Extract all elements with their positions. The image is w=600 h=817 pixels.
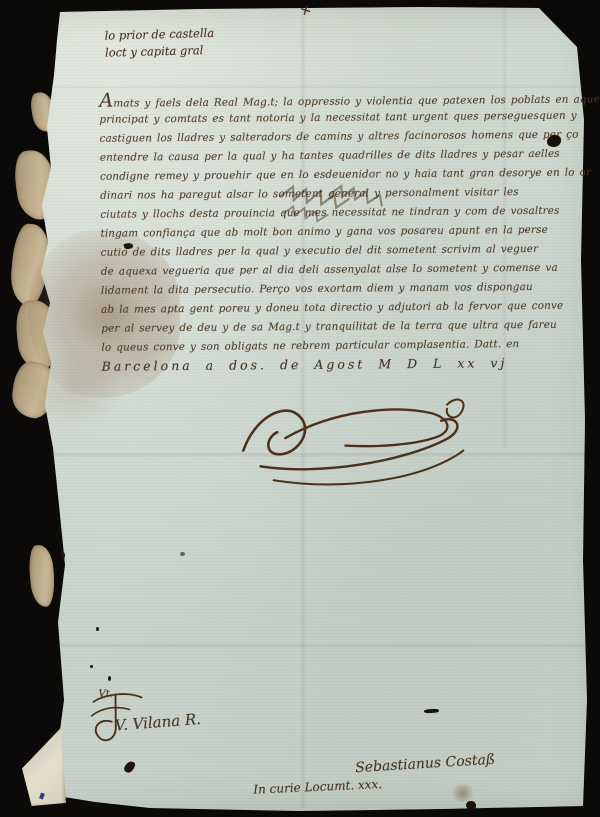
vidit-mark: Vt. — [98, 689, 113, 700]
ink-speck — [108, 676, 111, 681]
scan-backdrop: + lo prior de castella loct y capita gra… — [0, 0, 600, 817]
letter-body-line: cutio de dits lladres per la qual y exec… — [101, 243, 539, 259]
scribe-signature: Sebastianus Costaß — [355, 752, 496, 777]
letter-heading-line-2: loct y capita gral — [105, 42, 215, 62]
letter-body-line: lo queus conve y son obligats ne rebrem … — [101, 338, 519, 354]
letter-body-line: de aquexa vegueria que per al dia deli a… — [101, 262, 558, 278]
ink-blot — [466, 801, 476, 810]
letter-body-line: per al servey de deu y de sa Mag.t y tra… — [101, 319, 557, 335]
letter-body-line: castiguen los lladres y salteradors de c… — [100, 129, 579, 145]
ink-speck — [61, 552, 65, 559]
date-line: Barcelona a dos. de Agost M D L xx vj — [102, 355, 508, 374]
ink-speck — [180, 552, 185, 556]
registry-note: In curie Locumt. xxx. — [253, 777, 382, 797]
letter-body-line: entendre la causa per la qual y ha tante… — [100, 148, 560, 164]
ink-speck — [96, 627, 99, 631]
cross-mark: + — [297, 0, 314, 20]
letter-body-line: ab la mes apta gent poreu y doneu tota d… — [101, 300, 563, 316]
letter-body-line: lidament la dita persecutio. Perço vos e… — [101, 281, 533, 297]
ink-speck — [90, 665, 93, 668]
letter-heading: lo prior de castella loct y capita gral — [104, 25, 214, 62]
letter-body-line: Amats y faels dela Real Mag.t; la oppres… — [99, 90, 600, 109]
letter-text-block: + lo prior de castella loct y capita gra… — [0, 0, 600, 817]
main-signature-flourish — [225, 386, 476, 488]
letter-body-line: principat y comtats es tant notoria y la… — [99, 110, 576, 126]
